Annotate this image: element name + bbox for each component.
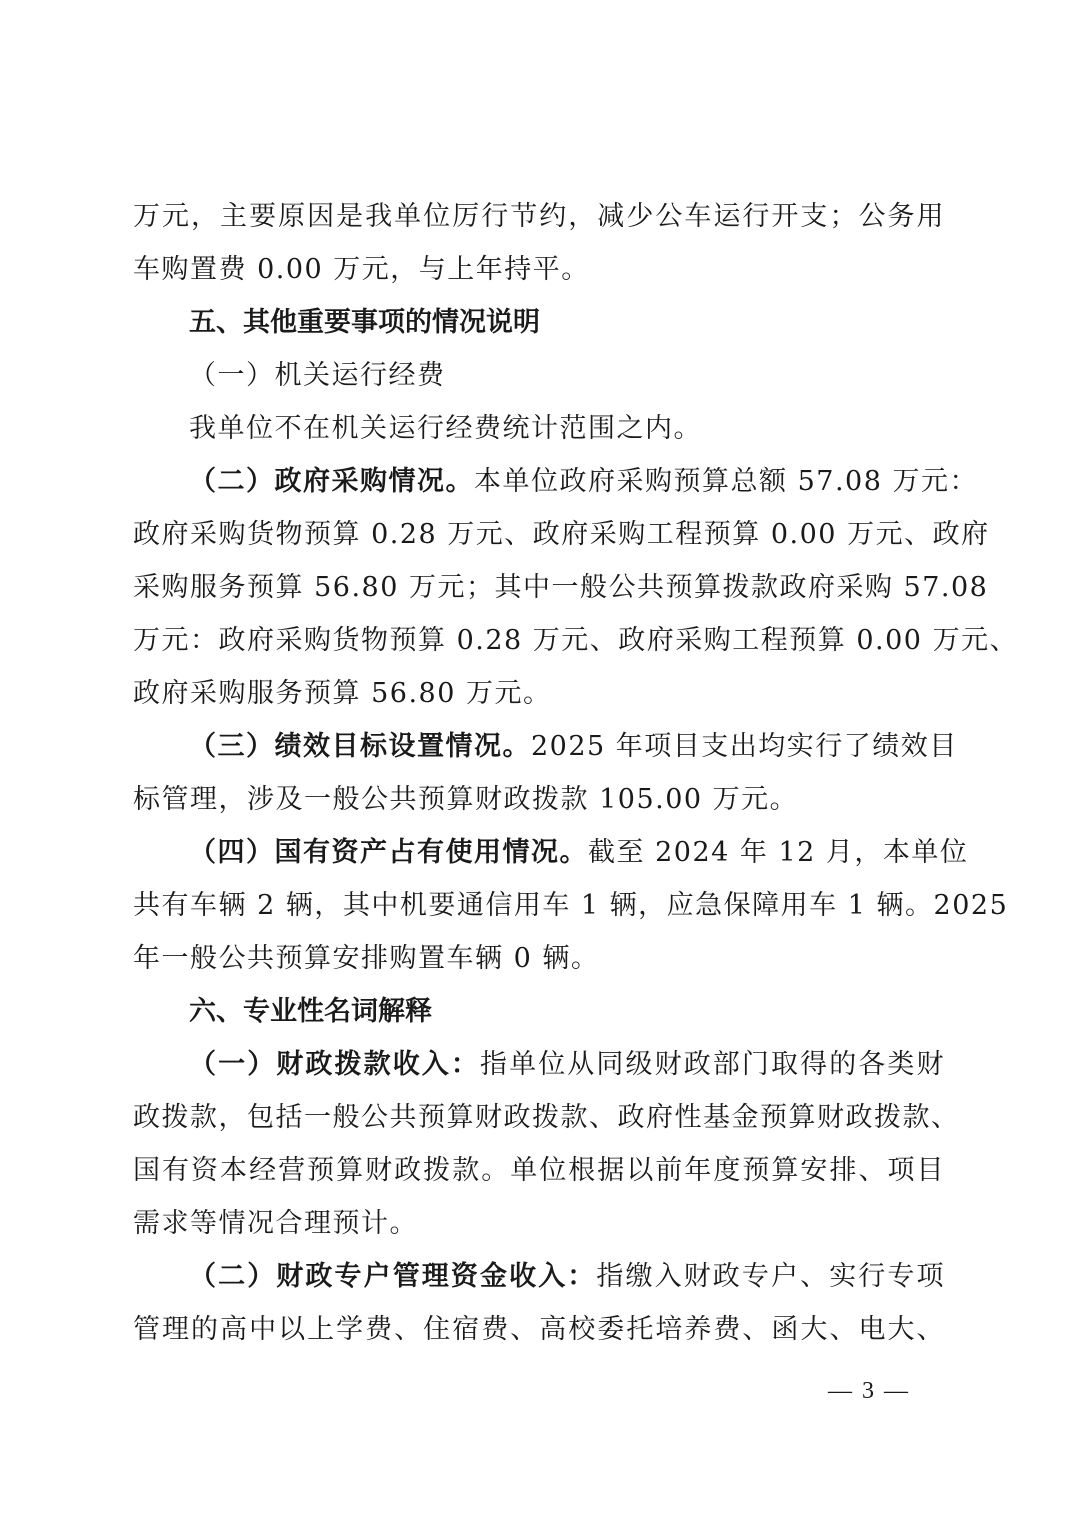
paragraph-assets-1: （四）国有资产占有使用情况。截至 2024 年 12 月，本单位	[133, 826, 945, 879]
paragraph-special-account-1: （二）财政专户管理资金收入：指缴入财政专户、实行专项	[133, 1250, 945, 1303]
paragraph-procurement-1: （二）政府采购情况。本单位政府采购预算总额 57.08 万元：	[133, 455, 945, 508]
term-lead-special-account: （二）财政专户管理资金收入：	[189, 1261, 596, 1292]
paragraph-special-account-2: 管理的高中以上学费、住宿费、高校委托培养费、函大、电大、	[133, 1303, 945, 1356]
body-text: 万元，主要原因是我单位厉行节约，减少公车运行开支；公务用	[133, 201, 945, 232]
heading-text: 五、其他重要事项的情况说明	[189, 307, 540, 338]
body-text: 政府采购货物预算 0.28 万元、政府采购工程预算 0.00 万元、政府	[133, 519, 990, 550]
body-text: 万元：政府采购货物预算 0.28 万元、政府采购工程预算 0.00 万元、	[133, 625, 1018, 656]
body-text: 管理的高中以上学费、住宿费、高校委托培养费、函大、电大、	[133, 1314, 945, 1345]
body-text: 截至 2024 年 12 月，本单位	[588, 837, 968, 868]
subsection-lead-performance: （三）绩效目标设置情况。	[189, 731, 531, 762]
body-text: 车购置费 0.00 万元，与上年持平。	[133, 254, 590, 285]
body-text: 国有资本经营预算财政拨款。单位根据以前年度预算安排、项目	[133, 1155, 945, 1186]
paragraph-performance-2: 标管理，涉及一般公共预算财政拨款 105.00 万元。	[133, 773, 945, 826]
body-text: 指单位从同级财政部门取得的各类财	[480, 1049, 945, 1080]
paragraph-line-vehicle-costs-1: 万元，主要原因是我单位厉行节约，减少公车运行开支；公务用	[133, 190, 945, 243]
body-text: 2025 年项目支出均实行了绩效目	[531, 731, 958, 762]
subheading-text: （一）机关运行经费	[189, 360, 446, 391]
document-page: 万元，主要原因是我单位厉行节约，减少公车运行开支；公务用 车购置费 0.00 万…	[133, 190, 945, 1356]
body-text: 指缴入财政专户、实行专项	[596, 1261, 945, 1292]
body-text: 采购服务预算 56.80 万元；其中一般公共预算拨款政府采购 57.08	[133, 572, 988, 603]
term-lead-fiscal-appropriation: （一）财政拨款收入：	[189, 1049, 480, 1080]
paragraph-procurement-5: 政府采购服务预算 56.80 万元。	[133, 667, 945, 720]
body-text: 共有车辆 2 辆，其中机要通信用车 1 辆，应急保障用车 1 辆。2025	[133, 890, 1008, 921]
paragraph-fiscal-appropriation-1: （一）财政拨款收入：指单位从同级财政部门取得的各类财	[133, 1038, 945, 1091]
page-number: — 3 —	[828, 1378, 910, 1405]
paragraph-line-vehicle-costs-2: 车购置费 0.00 万元，与上年持平。	[133, 243, 945, 296]
paragraph-procurement-4: 万元：政府采购货物预算 0.28 万元、政府采购工程预算 0.00 万元、	[133, 614, 945, 667]
paragraph-assets-3: 年一般公共预算安排购置车辆 0 辆。	[133, 932, 945, 985]
body-text: 政拨款，包括一般公共预算财政拨款、政府性基金预算财政拨款、	[133, 1102, 960, 1133]
subsection-lead-procurement: （二）政府采购情况。	[189, 466, 474, 497]
subsection-heading-operating-costs: （一）机关运行经费	[133, 349, 945, 402]
body-text: 本单位政府采购预算总额 57.08 万元：	[474, 466, 978, 497]
body-text: 年一般公共预算安排购置车辆 0 辆。	[133, 943, 599, 974]
paragraph-procurement-3: 采购服务预算 56.80 万元；其中一般公共预算拨款政府采购 57.08	[133, 561, 945, 614]
subsection-lead-assets: （四）国有资产占有使用情况。	[189, 837, 588, 868]
section-heading-terminology: 六、专业性名词解释	[133, 985, 945, 1038]
paragraph-operating-costs: 我单位不在机关运行经费统计范围之内。	[133, 402, 945, 455]
body-text: 政府采购服务预算 56.80 万元。	[133, 678, 551, 709]
section-heading-other-matters: 五、其他重要事项的情况说明	[133, 296, 945, 349]
body-text: 需求等情况合理预计。	[133, 1208, 418, 1239]
paragraph-performance-1: （三）绩效目标设置情况。2025 年项目支出均实行了绩效目	[133, 720, 945, 773]
paragraph-fiscal-appropriation-4: 需求等情况合理预计。	[133, 1197, 945, 1250]
paragraph-procurement-2: 政府采购货物预算 0.28 万元、政府采购工程预算 0.00 万元、政府	[133, 508, 945, 561]
heading-text: 六、专业性名词解释	[189, 996, 432, 1027]
body-text: 标管理，涉及一般公共预算财政拨款 105.00 万元。	[133, 784, 798, 815]
body-text: 我单位不在机关运行经费统计范围之内。	[189, 413, 702, 444]
paragraph-fiscal-appropriation-3: 国有资本经营预算财政拨款。单位根据以前年度预算安排、项目	[133, 1144, 945, 1197]
paragraph-fiscal-appropriation-2: 政拨款，包括一般公共预算财政拨款、政府性基金预算财政拨款、	[133, 1091, 945, 1144]
paragraph-assets-2: 共有车辆 2 辆，其中机要通信用车 1 辆，应急保障用车 1 辆。2025	[133, 879, 945, 932]
